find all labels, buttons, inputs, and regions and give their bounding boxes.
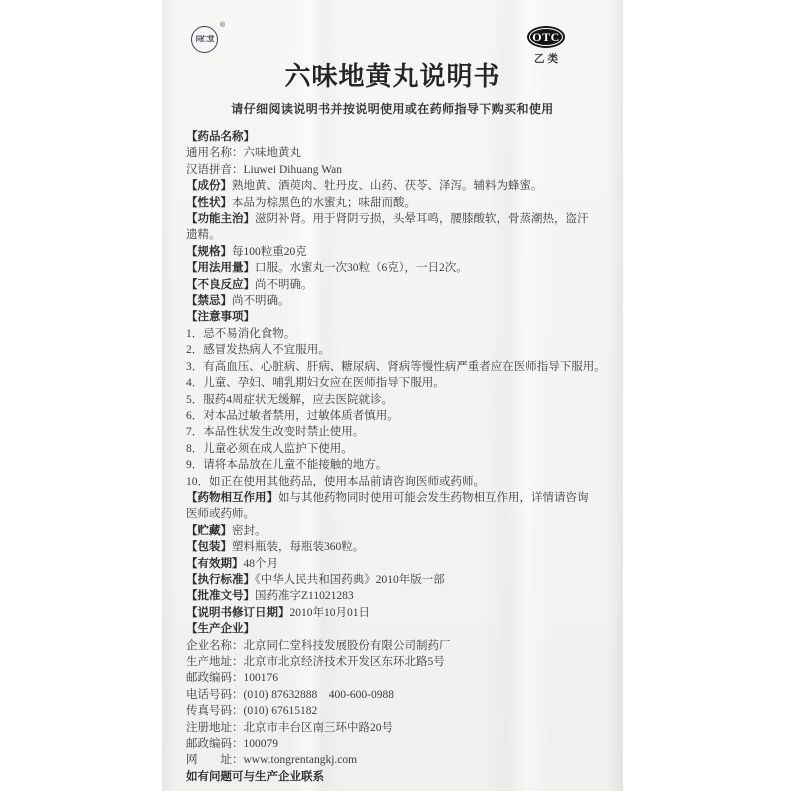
line-text: 注册地址：北京市丰台区南三环中路20号 [186,722,393,734]
leaflet-line: 医师或药师。 [186,506,605,522]
line-text: 每100粒重20克 [232,246,307,258]
line-text: 医师或药师。 [186,508,255,520]
leaflet-line: 【包装】塑料瓶装，每瓶装360粒。 [186,539,605,555]
line-text: 企业名称：北京同仁堂科技发展股份有限公司制药厂 [186,640,451,652]
line-label: 【有效期】 [186,558,244,570]
leaflet-line: 企业名称：北京同仁堂科技发展股份有限公司制药厂 [186,638,605,654]
leaflet-line: 6．对本品过敏者禁用，过敏体质者慎用。 [186,408,605,424]
line-text: 如与其他药物同时使用可能会发生药物相互作用，详情请咨询 [278,492,589,504]
leaflet-line: 【不良反应】尚不明确。 [186,277,605,293]
line-text: 传真号码：(010) 67615182 [186,705,317,717]
instruction-leaflet: 同仁堂 ® OTC 乙类 六味地黄丸说明书 请仔细阅读说明书并按说明使用或在药师… [162,0,623,791]
line-text: 《中华人民共和国药典》2010年版一部 [255,574,445,586]
line-text: 遗精。 [186,229,221,241]
line-text: 塑料瓶装，每瓶装360粒。 [232,541,364,553]
leaflet-line: 如有问题可与生产企业联系 [186,769,605,785]
line-text: 2010年10月01日 [290,607,371,619]
leaflet-line: 【贮藏】密封。 [186,523,605,539]
leaflet-line: 【执行标准】《中华人民共和国药典》2010年版一部 [186,572,605,588]
leaflet-line: 【规格】每100粒重20克 [186,244,605,260]
line-label: 【注意事项】 [186,311,255,323]
line-text: 邮政编码：100176 [186,672,278,684]
line-label: 【生产企业】 [186,623,255,635]
logo-seal-icon: 同仁堂 [191,26,218,53]
leaflet-body: 【药品名称】 通用名称：六味地黄丸 汉语拼音：Liuwei Dihuang Wa… [186,129,605,785]
line-label: 【功能主治】 [186,213,255,225]
leaflet-line: 【用法用量】口服。水蜜丸一次30粒（6克），一日2次。 [186,260,605,276]
line-text: 如有问题可与生产企业联系 [186,771,324,783]
leaflet-line: 1．忌不易消化食物。 [186,326,605,342]
tongrentang-logo-icon: 同仁堂 ® [191,26,218,53]
leaflet-line: 5．服药4周症状无缓解，应去医院就诊。 [186,392,605,408]
line-label: 【规格】 [186,246,232,258]
otc-badge-group: OTC 乙类 [526,26,566,66]
otc-badge-icon: OTC [527,26,565,48]
line-label: 【禁忌】 [186,295,232,307]
line-label: 【批准文号】 [186,590,255,602]
line-text: 8．儿童必须在成人监护下使用。 [186,443,353,455]
leaflet-line: 汉语拼音：Liuwei Dihuang Wan [186,162,605,178]
line-label: 【性状】 [186,197,232,209]
otc-category-label: 乙类 [526,51,566,66]
line-label: 【贮藏】 [186,525,232,537]
line-text: 密封。 [232,525,267,537]
line-text: 邮政编码：100079 [186,738,278,750]
leaflet-line: 【有效期】48个月 [186,556,605,572]
line-text: 2．感冒发热病人不宜服用。 [186,344,330,356]
leaflet-line: 网 址：www.tongrentangkj.com [186,752,605,768]
line-text: 48个月 [244,558,279,570]
line-text: 汉语拼音：Liuwei Dihuang Wan [186,164,342,176]
line-text: 尚不明确。 [255,279,313,291]
line-text: 3．有高血压、心脏病、肝病、糖尿病、肾病等慢性病严重者应在医师指导下服用。 [186,361,606,373]
line-label: 【用法用量】 [186,262,255,274]
leaflet-line: 注册地址：北京市丰台区南三环中路20号 [186,720,605,736]
otc-label: OTC [532,30,560,45]
leaflet-line: 生产地址：北京市北京经济技术开发区东环北路5号 [186,654,605,670]
line-text: 10．如正在使用其他药品，使用本品前请咨询医师或药师。 [186,476,485,488]
leaflet-line: 10．如正在使用其他药品，使用本品前请咨询医师或药师。 [186,474,605,490]
line-label: 【执行标准】 [186,574,255,586]
leaflet-line: 【说明书修订日期】2010年10月01日 [186,605,605,621]
leaflet-line: 【生产企业】 [186,621,605,637]
logo-text: 同仁堂 [196,36,214,43]
leaflet-line: 邮政编码：100176 [186,670,605,686]
line-label: 【药品名称】 [186,131,255,143]
line-text: 网 址：www.tongrentangkj.com [186,754,357,766]
line-label: 【药物相互作用】 [186,492,278,504]
line-text: 1．忌不易消化食物。 [186,328,295,340]
line-text: 通用名称：六味地黄丸 [186,147,301,159]
leaflet-line: 【药品名称】 [186,129,605,145]
leaflet-line: 7．本品性状发生改变时禁止使用。 [186,424,605,440]
leaflet-line: 【性状】本品为棕黑色的水蜜丸；味甜而酸。 [186,195,605,211]
leaflet-line: 4．儿童、孕妇、哺乳期妇女应在医师指导下服用。 [186,375,605,391]
leaflet-line: 2．感冒发热病人不宜服用。 [186,342,605,358]
line-text: 滋阴补肾。用于肾阴亏损，头晕耳鸣，腰膝酸软，骨蒸潮热，盗汗 [255,213,589,225]
line-text: 5．服药4周症状无缓解，应去医院就诊。 [186,394,393,406]
leaflet-photo: 同仁堂 ® OTC 乙类 六味地黄丸说明书 请仔细阅读说明书并按说明使用或在药师… [0,0,800,800]
leaflet-line: 3．有高血压、心脏病、肝病、糖尿病、肾病等慢性病严重者应在医师指导下服用。 [186,359,605,375]
leaflet-line: 【成份】熟地黄、酒萸肉、牡丹皮、山药、茯苓、泽泻。辅料为蜂蜜。 [186,178,605,194]
line-label: 【不良反应】 [186,279,255,291]
leaflet-line: 【注意事项】 [186,309,605,325]
line-text: 生产地址：北京市北京经济技术开发区东环北路5号 [186,656,445,668]
leaflet-subtitle: 请仔细阅读说明书并按说明使用或在药师指导下购买和使用 [162,100,623,117]
leaflet-line: 【禁忌】尚不明确。 [186,293,605,309]
line-label: 【说明书修订日期】 [186,607,290,619]
line-text: 本品为棕黑色的水蜜丸；味甜而酸。 [232,197,416,209]
leaflet-line: 9．请将本品放在儿童不能接触的地方。 [186,457,605,473]
leaflet-line: 通用名称：六味地黄丸 [186,145,605,161]
line-text: 尚不明确。 [232,295,290,307]
leaflet-line: 遗精。 [186,227,605,243]
line-label: 【成份】 [186,180,232,192]
line-text: 7．本品性状发生改变时禁止使用。 [186,426,364,438]
line-text: 电话号码：(010) 87632888 400-600-0988 [186,689,394,701]
line-text: 国药准字Z11021283 [255,590,354,602]
line-label: 【包装】 [186,541,232,553]
leaflet-line: 【功能主治】滋阴补肾。用于肾阴亏损，头晕耳鸣，腰膝酸软，骨蒸潮热，盗汗 [186,211,605,227]
line-text: 9．请将本品放在儿童不能接触的地方。 [186,459,387,471]
line-text: 口服。水蜜丸一次30粒（6克），一日2次。 [255,262,468,274]
registered-trademark-icon: ® [220,22,225,29]
line-text: 6．对本品过敏者禁用，过敏体质者慎用。 [186,410,399,422]
leaflet-line: 【批准文号】国药准字Z11021283 [186,588,605,604]
line-text: 4．儿童、孕妇、哺乳期妇女应在医师指导下服用。 [186,377,445,389]
leaflet-line: 8．儿童必须在成人监护下使用。 [186,441,605,457]
leaflet-line: 传真号码：(010) 67615182 [186,703,605,719]
leaflet-line: 邮政编码：100079 [186,736,605,752]
leaflet-line: 电话号码：(010) 87632888 400-600-0988 [186,687,605,703]
line-text: 熟地黄、酒萸肉、牡丹皮、山药、茯苓、泽泻。辅料为蜂蜜。 [232,180,543,192]
leaflet-line: 【药物相互作用】如与其他药物同时使用可能会发生药物相互作用，详情请咨询 [186,490,605,506]
